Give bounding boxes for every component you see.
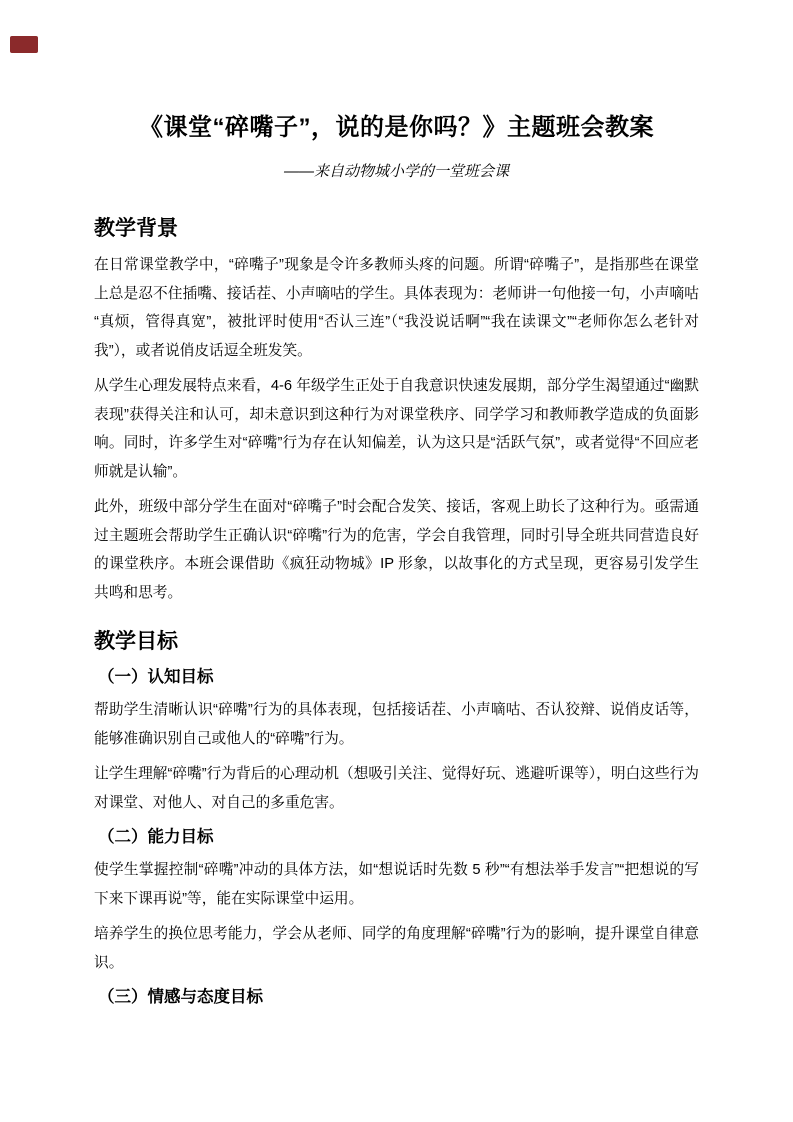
doc-subtitle: ——来自动物城小学的一堂班会课 [94,162,699,182]
heading-teaching-background: 教学背景 [94,214,699,244]
red-marker [10,36,38,53]
heading-teaching-objectives: 教学目标 [94,627,699,657]
paragraph-cognitive-1: 帮助学生清晰认识“碎嘴”行为的具体表现，包括接话茬、小声嘀咕、否认狡辩、说俏皮话… [94,696,699,753]
subheading-ability-objectives: （二）能力目标 [94,825,699,849]
subheading-affective-objectives: （三）情感与态度目标 [94,985,699,1009]
paragraph-background-3: 此外，班级中部分学生在面对“碎嘴子”时会配合发笑、接话，客观上助长了这种行为。亟… [94,493,699,607]
paragraph-background-1: 在日常课堂教学中，“碎嘴子”现象是令许多教师头疼的问题。所谓“碎嘴子”，是指那些… [94,251,699,365]
doc-title: 《课堂“碎嘴子”，说的是你吗？》主题班会教案 [94,111,699,145]
paragraph-ability-2: 培养学生的换位思考能力，学会从老师、同学的角度理解“碎嘴”行为的影响，提升课堂自… [94,920,699,977]
document-page: 《课堂“碎嘴子”，说的是你吗？》主题班会教案 ——来自动物城小学的一堂班会课 教… [0,0,793,1122]
subheading-cognitive-objectives: （一）认知目标 [94,665,699,689]
paragraph-background-2: 从学生心理发展特点来看，4-6 年级学生正处于自我意识快速发展期，部分学生渴望通… [94,372,699,486]
paragraph-cognitive-2: 让学生理解“碎嘴”行为背后的心理动机（想吸引关注、觉得好玩、逃避听课等），明白这… [94,760,699,817]
paragraph-ability-1: 使学生掌握控制“碎嘴”冲动的具体方法，如“想说话时先数 5 秒”“有想法举手发言… [94,856,699,913]
